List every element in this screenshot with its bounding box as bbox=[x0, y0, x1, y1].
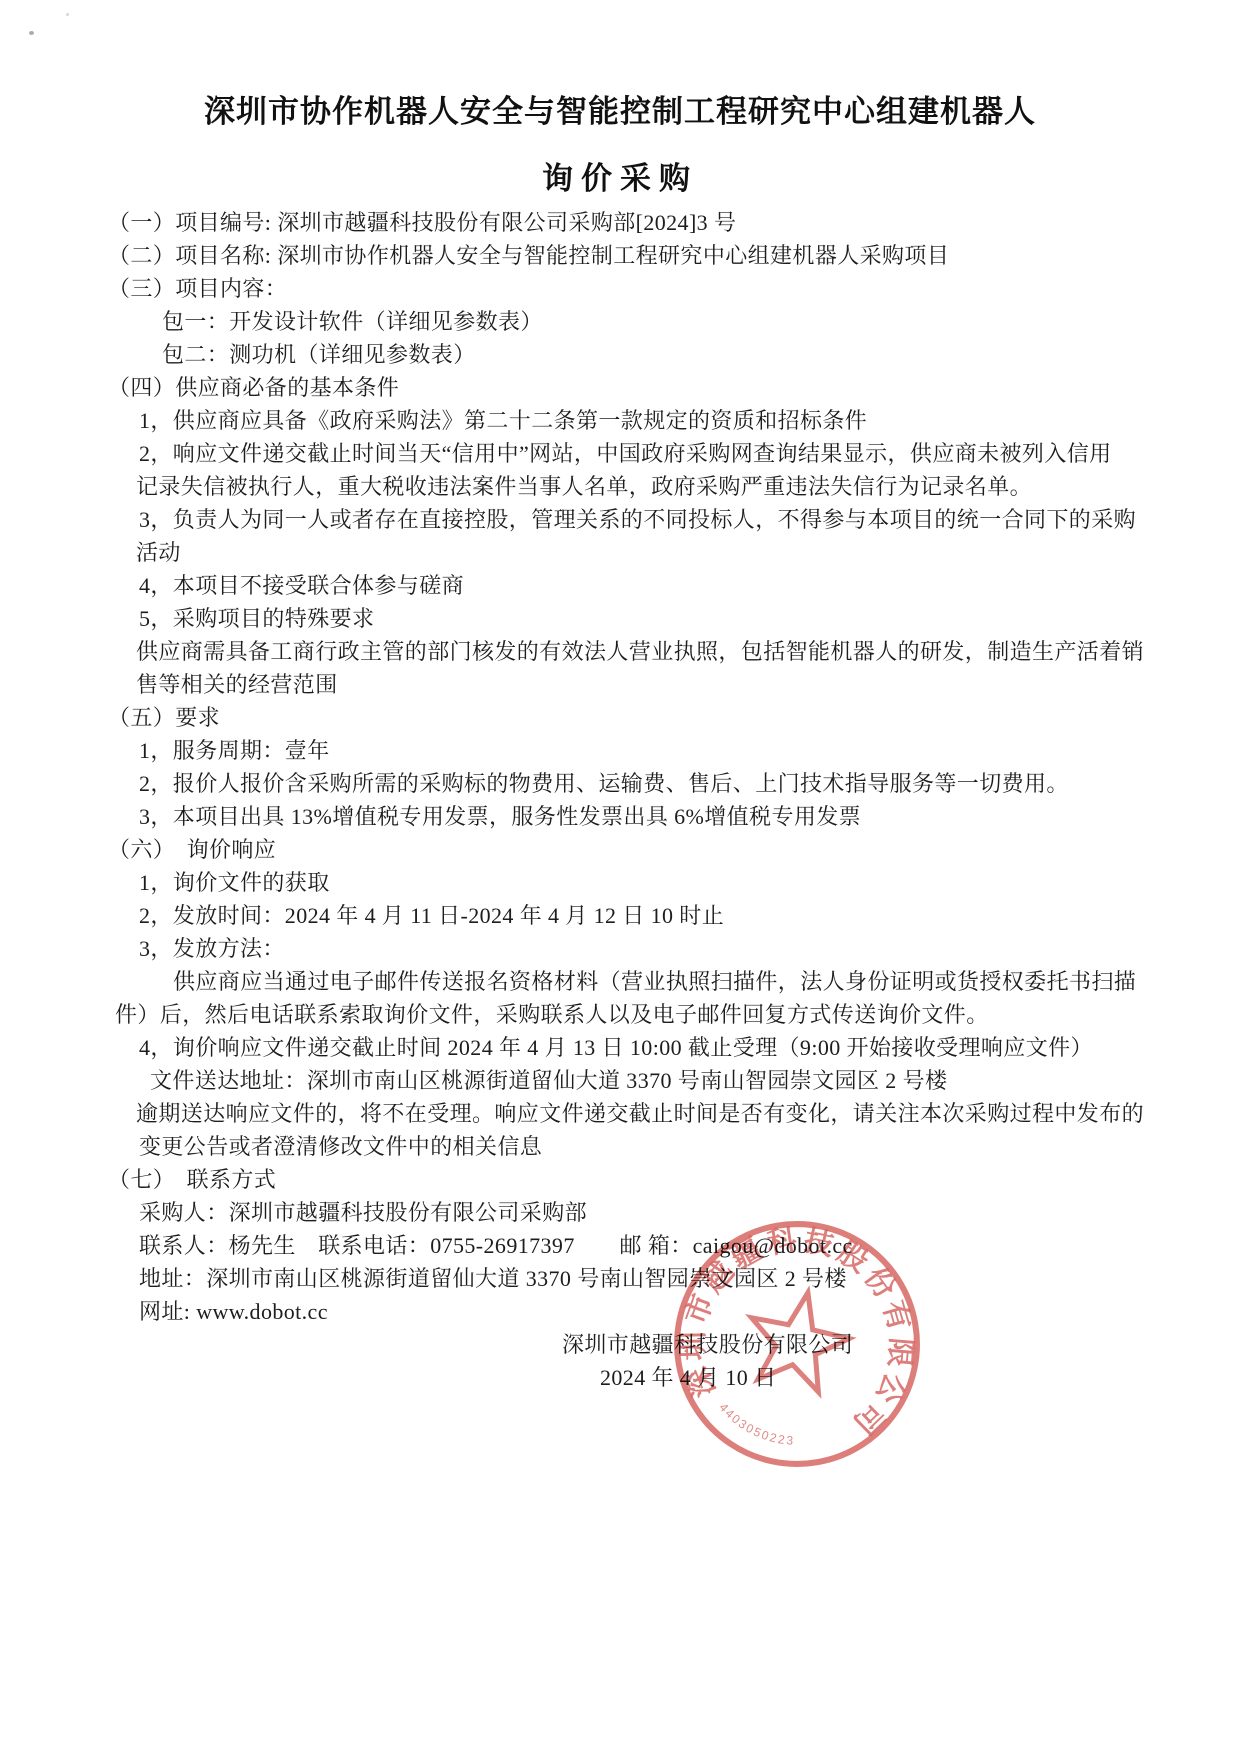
doc-line-section-5: （五）要求 bbox=[0, 701, 1240, 734]
document-title: 深圳市协作机器人安全与智能控制工程研究中心组建机器人 bbox=[0, 86, 1240, 131]
doc-line: 2，响应文件递交截止时间当天“信用中”网站，中国政府采购网查询结果显示，供应商未… bbox=[0, 437, 1240, 470]
doc-line: 1，服务周期：壹年 bbox=[0, 734, 1240, 767]
doc-line: 1，供应商应具备《政府采购法》第二十二条第一款规定的资质和招标条件 bbox=[0, 404, 1240, 437]
doc-line: 供应商需具备工商行政主管的部门核发的有效法人营业执照，包括智能机器人的研发，制造… bbox=[0, 635, 1240, 668]
doc-line: 5，采购项目的特殊要求 bbox=[0, 602, 1240, 635]
doc-line-contact: 联系人：杨先生 联系电话：0755-26917397 邮 箱：caigou@do… bbox=[0, 1229, 1240, 1262]
doc-line: 4，本项目不接受联合体参与磋商 bbox=[0, 569, 1240, 602]
doc-line: 3，负责人为同一人或者存在直接控股，管理关系的不同投标人，不得参与本项目的统一合… bbox=[0, 503, 1240, 536]
doc-line: 活动 bbox=[0, 536, 1240, 569]
doc-line-delivery-address: 文件送达地址：深圳市南山区桃源街道留仙大道 3370 号南山智园崇文园区 2 号… bbox=[0, 1064, 1240, 1097]
doc-line: 4，询价响应文件递交截止时间 2024 年 4 月 13 日 10:00 截止受… bbox=[0, 1031, 1240, 1064]
doc-line-project-number: （一）项目编号: 深圳市越疆科技股份有限公司采购部[2024]3 号 bbox=[0, 206, 1240, 239]
doc-line-section-6: （六） 询价响应 bbox=[0, 833, 1240, 866]
doc-line-package-2: 包二：测功机（详细见参数表） bbox=[0, 338, 1240, 371]
scan-speck bbox=[66, 13, 69, 16]
doc-line: 2，发放时间：2024 年 4 月 11 日-2024 年 4 月 12 日 1… bbox=[0, 899, 1240, 932]
doc-line: 3，发放方法： bbox=[0, 932, 1240, 965]
doc-line-project-content: （三）项目内容： bbox=[0, 272, 1240, 305]
doc-line: 逾期送达响应文件的，将不在受理。响应文件递交截止时间是否有变化，请关注本次采购过… bbox=[0, 1097, 1240, 1130]
doc-line: 3，本项目出具 13%增值税专用发票，服务性发票出具 6%增值税专用发票 bbox=[0, 800, 1240, 833]
doc-line-section-4: （四）供应商必备的基本条件 bbox=[0, 371, 1240, 404]
doc-line: 记录失信被执行人，重大税收违法案件当事人名单，政府采购严重违法失信行为记录名单。 bbox=[0, 470, 1240, 503]
doc-line-address: 地址：深圳市南山区桃源街道留仙大道 3370 号南山智园崇文园区 2 号楼 bbox=[0, 1262, 1240, 1295]
company-seal: 深圳市越疆科技股份有限公司 4403050223 bbox=[644, 1191, 950, 1497]
scanned-document-page: 深圳市协作机器人安全与智能控制工程研究中心组建机器人 询价采购 （一）项目编号:… bbox=[0, 0, 1240, 1754]
doc-line-package-1: 包一：开发设计软件（详细见参数表） bbox=[0, 305, 1240, 338]
doc-line: 供应商应当通过电子邮件传送报名资格材料（营业执照扫描件，法人身份证明或货授权委托… bbox=[0, 965, 1240, 998]
doc-line: 2，报价人报价含采购所需的采购标的物费用、运输费、售后、上门技术指导服务等一切费… bbox=[0, 767, 1240, 800]
doc-line-website: 网址: www.dobot.cc bbox=[0, 1295, 1240, 1328]
doc-line: 售等相关的经营范围 bbox=[0, 668, 1240, 701]
doc-line-project-name: （二）项目名称: 深圳市协作机器人安全与智能控制工程研究中心组建机器人采购项目 bbox=[0, 239, 1240, 272]
doc-line-purchaser: 采购人：深圳市越疆科技股份有限公司采购部 bbox=[0, 1196, 1240, 1229]
document-subtitle: 询价采购 bbox=[0, 153, 1240, 198]
scan-speck bbox=[29, 31, 34, 35]
signature-company: 深圳市越疆科技股份有限公司 bbox=[0, 1328, 1240, 1361]
document-body: （一）项目编号: 深圳市越疆科技股份有限公司采购部[2024]3 号 （二）项目… bbox=[0, 206, 1240, 1394]
doc-line: 件）后，然后电话联系索取询价文件，采购联系人以及电子邮件回复方式传送询价文件。 bbox=[0, 998, 1240, 1031]
signature-date: 2024 年 4 月 10 日 bbox=[0, 1361, 1240, 1394]
doc-line: 变更公告或者澄清修改文件中的相关信息 bbox=[0, 1130, 1240, 1163]
seal-star-icon bbox=[739, 1282, 856, 1396]
doc-line-section-7: （七） 联系方式 bbox=[0, 1163, 1240, 1196]
company-seal-graphic: 深圳市越疆科技股份有限公司 4403050223 bbox=[644, 1191, 950, 1497]
doc-line: 1，询价文件的获取 bbox=[0, 866, 1240, 899]
